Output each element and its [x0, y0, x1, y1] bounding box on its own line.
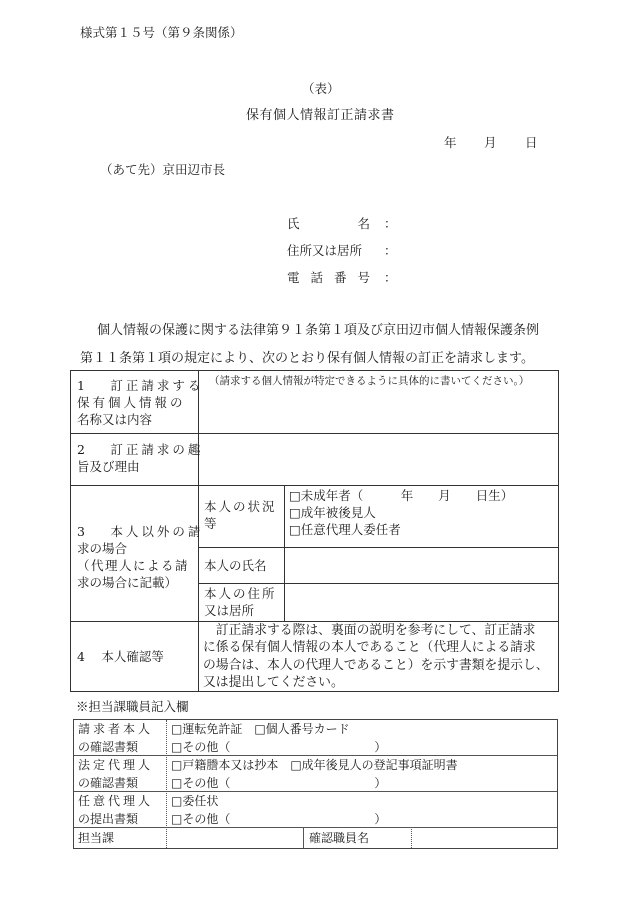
checkbox-line[interactable]: □運転免許証 □個人番号カード [171, 720, 386, 738]
instruction-line: の場合は、本人の代理人であること）を示す書類を提示し、 [203, 657, 549, 674]
principal-address-input[interactable] [285, 584, 557, 620]
row3-label: 3 本人以外の請 求の場合 （代理人による請 求の場合に記載） [77, 523, 203, 591]
checkbox-adult-ward[interactable]: □成年被後見人 [289, 504, 513, 521]
date-year-field[interactable]: 年 [444, 133, 457, 151]
side-label: （表） [302, 79, 340, 97]
requester-address-field[interactable]: ： [384, 241, 397, 259]
checkbox-other[interactable]: □その他（ ） [171, 810, 386, 828]
label-line: 又は居所 [204, 602, 277, 619]
staff-row3-options: □委任状 □その他（ ） [171, 792, 386, 828]
label-line: 求の場合に記載） [77, 574, 203, 591]
requester-address-label: 住所又は居所 [287, 241, 362, 259]
instruction-line: 又は提出してください。 [203, 674, 549, 691]
intro-line-1: 個人情報の保護に関する法律第９１条第１項及び京田辺市個人情報保護条例 [97, 319, 539, 338]
instruction-line: に係る保有個人情報の本人であること（代理人による請求 [203, 639, 549, 656]
checkbox-line[interactable]: □戸籍謄本又は抄本 □成年後見人の登記事項証明書 [171, 756, 458, 774]
label-line: 法定代理人 [78, 756, 153, 774]
status-options: □未成年者（ 年 月 日生） □成年被後見人 □任意代理人委任者 [289, 487, 513, 538]
label-line: の確認書類 [78, 774, 153, 792]
staff-section-caption: ※担当課職員記入欄 [76, 697, 189, 715]
checkbox-minor[interactable]: □未成年者（ 年 月 日生） [289, 487, 513, 504]
staff-row3-label: 任意代理人 の提出書類 [78, 792, 153, 828]
status-label: 本人の状況 等 [204, 498, 277, 532]
label-line: （代理人による請 [77, 557, 203, 574]
dept-input[interactable] [167, 828, 302, 848]
name-label-part: 氏 [287, 214, 301, 232]
staff-row2-label: 法定代理人 の確認書類 [78, 756, 153, 792]
row4-label: 4 本人確認等 [77, 648, 164, 665]
addressee: （あて先）京田辺市長 [100, 160, 225, 178]
row1-label: 1 訂正請求する 保有個人情報の 名称又は内容 [77, 377, 203, 428]
col-divider [303, 827, 304, 848]
label-line: 1 訂正請求する [77, 377, 203, 394]
staff-row2-options: □戸籍謄本又は抄本 □成年後見人の登記事項証明書 □その他（ ） [171, 756, 458, 792]
label-line: 保有個人情報の [77, 394, 203, 411]
row1-hint: （請求する個人情報が特定できるように具体的に書いてください。） [209, 373, 529, 390]
phone-label-part: 号 [357, 268, 371, 286]
checkbox-other[interactable]: □その他（ ） [171, 738, 386, 756]
phone-label-part: 電 [287, 268, 301, 286]
label-line: 旨及び理由 [77, 458, 203, 475]
checkbox-line[interactable]: □委任状 [171, 792, 386, 810]
officer-input[interactable] [412, 828, 556, 848]
label-line: 等 [204, 515, 277, 532]
staff-row1-options: □運転免許証 □個人番号カード □その他（ ） [171, 720, 386, 756]
correction-request-table: 1 訂正請求する 保有個人情報の 名称又は内容 （請求する個人情報が特定できるよ… [70, 370, 559, 692]
principal-name-label: 本人の氏名 [204, 557, 267, 574]
label-line: の確認書類 [78, 738, 153, 756]
intro-line-2: 第１１条第１項の規定により、次のとおり保有個人情報の訂正を請求します。 [80, 347, 534, 366]
principal-address-label: 本人の住所 又は居所 [204, 585, 277, 619]
form-number: 様式第１５号（第９条関係） [80, 23, 243, 41]
officer-label: 確認職員名 [309, 829, 369, 847]
document-title: 保有個人情報訂正請求書 [246, 104, 395, 123]
dept-label: 担当課 [78, 829, 114, 847]
requester-phone-label: 電 話 番 号 [287, 268, 371, 286]
label-line: 求の場合 [77, 540, 203, 557]
staff-row1-label: 請求者本人 の確認書類 [78, 720, 153, 756]
label-line: 任意代理人 [78, 792, 153, 810]
label-line: 名称又は内容 [77, 411, 203, 428]
checkbox-other[interactable]: □その他（ ） [171, 774, 458, 792]
date-day-field[interactable]: 日 [525, 133, 538, 151]
label-line: 本人の住所 [204, 585, 277, 602]
instruction-line: 訂正請求する際は、裏面の説明を参考にして、訂正請求 [203, 622, 549, 639]
principal-name-input[interactable] [285, 548, 557, 582]
date-month-field[interactable]: 月 [484, 133, 497, 151]
requester-phone-field[interactable]: ： [384, 268, 397, 286]
requester-name-label: 氏 名 [287, 214, 371, 232]
row2-label: 2 訂正請求の趣 旨及び理由 [77, 441, 203, 475]
label-line: の提出書類 [78, 810, 153, 828]
row-divider [71, 485, 558, 486]
label-line: 2 訂正請求の趣 [77, 441, 203, 458]
phone-label-part: 番 [334, 268, 348, 286]
name-label-part: 名 [357, 214, 371, 232]
staff-use-table: 請求者本人 の確認書類 □運転免許証 □個人番号カード □その他（ ） 法定代理… [73, 719, 558, 849]
phone-label-part: 話 [310, 268, 324, 286]
label-line: 本人の状況 [204, 498, 277, 515]
requester-name-field[interactable]: ： [384, 214, 397, 232]
label-line: 3 本人以外の請 [77, 523, 203, 540]
row4-instructions: 訂正請求する際は、裏面の説明を参考にして、訂正請求 に係る保有個人情報の本人であ… [203, 622, 549, 691]
row1-input-area[interactable] [199, 389, 557, 432]
row2-input-area[interactable] [199, 434, 557, 484]
label-line: 請求者本人 [78, 720, 153, 738]
checkbox-voluntary-principal[interactable]: □任意代理人委任者 [289, 521, 513, 538]
